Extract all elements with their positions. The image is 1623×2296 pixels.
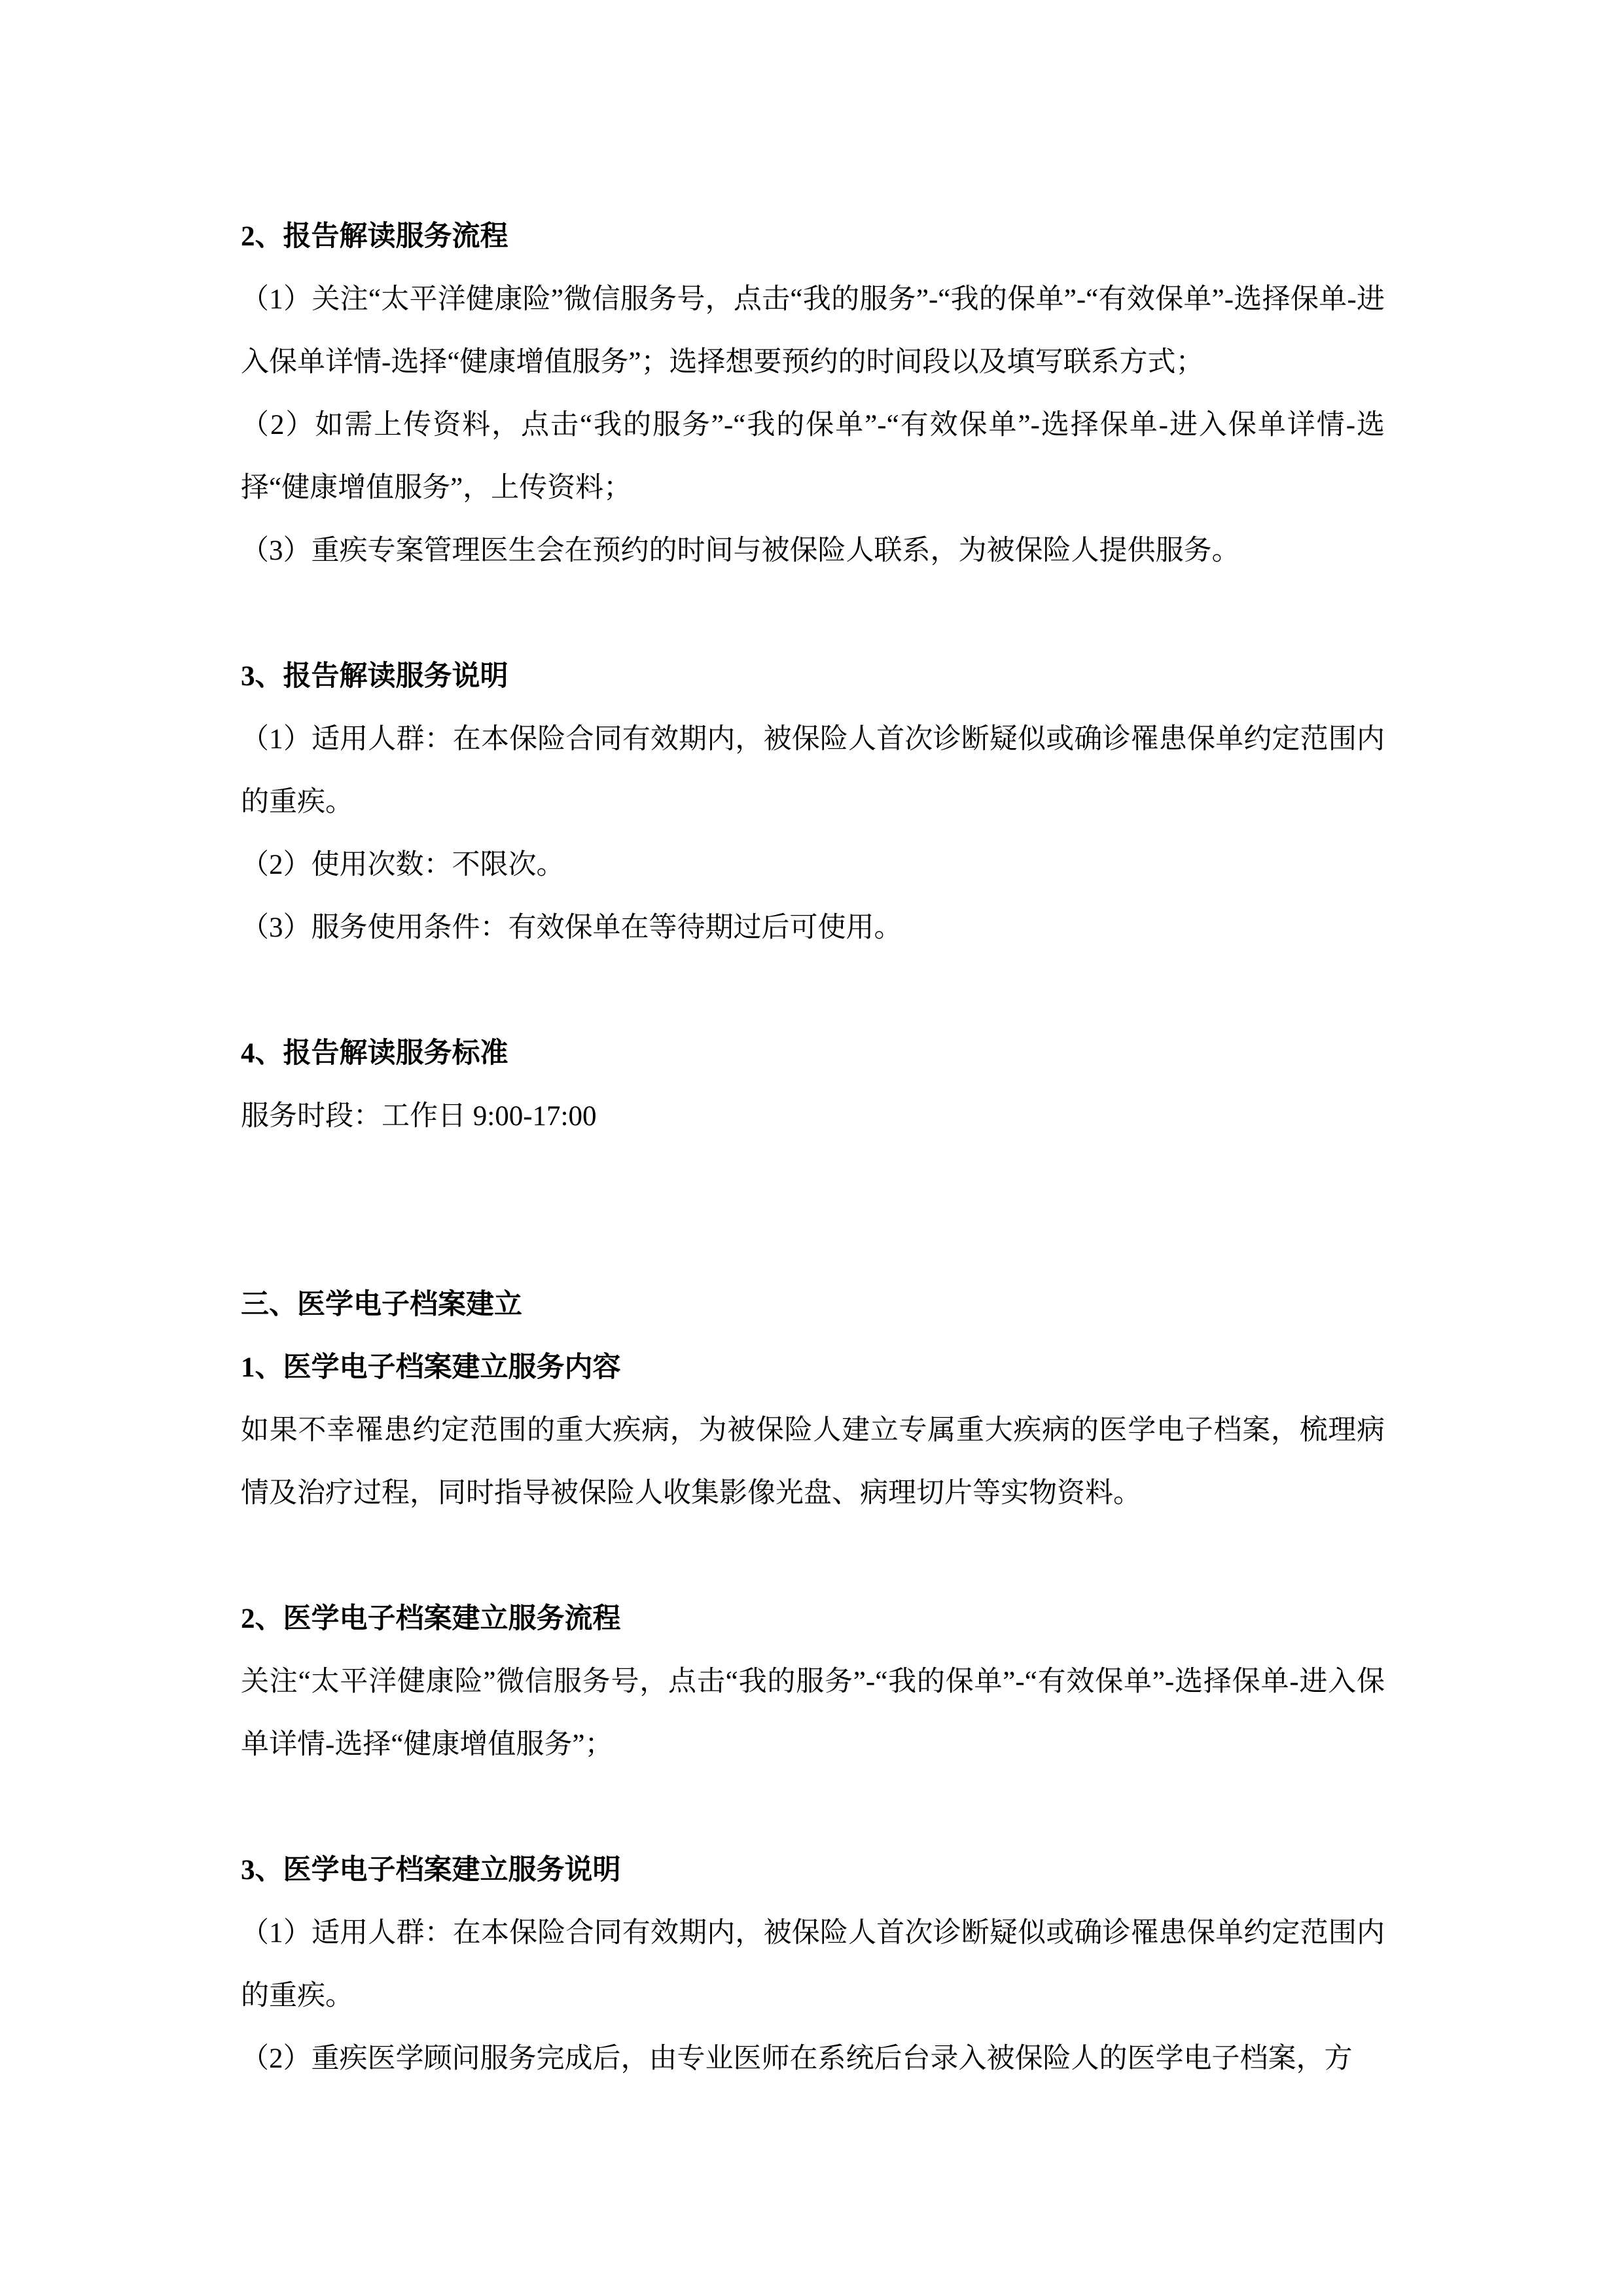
section-heading: 1、医学电子档案建立服务内容 — [241, 1336, 1385, 1399]
section-heading: 3、医学电子档案建立服务说明 — [241, 1839, 1385, 1902]
section-heading: 4、报告解读服务标准 — [241, 1022, 1385, 1085]
section-heading: 2、医学电子档案建立服务流程 — [241, 1588, 1385, 1651]
body-paragraph: 关注“太平洋健康险”微信服务号，点击“我的服务”-“我的保单”-“有效保单”-选… — [241, 1651, 1385, 1776]
body-paragraph: 如果不幸罹患约定范围的重大疾病，为被保险人建立专属重大疾病的医学电子档案，梳理病… — [241, 1399, 1385, 1525]
body-paragraph: （3）服务使用条件：有效保单在等待期过后可使用。 — [241, 897, 1385, 960]
body-paragraph: （2）使用次数：不限次。 — [241, 834, 1385, 897]
body-paragraph: （1）关注“太平洋健康险”微信服务号，点击“我的服务”-“我的保单”-“有效保单… — [241, 268, 1385, 394]
section-heading: 3、报告解读服务说明 — [241, 645, 1385, 708]
body-paragraph: （2）重疾医学顾问服务完成后，由专业医师在系统后台录入被保险人的医学电子档案，方 — [241, 2028, 1385, 2090]
body-paragraph: 服务时段：工作日 9:00-17:00 — [241, 1085, 1385, 1148]
body-paragraph: （1）适用人群：在本保险合同有效期内，被保险人首次诊断疑似或确诊罹患保单约定范围… — [241, 708, 1385, 834]
document-page: 2、报告解读服务流程（1）关注“太平洋健康险”微信服务号，点击“我的服务”-“我… — [0, 0, 1623, 2296]
section-heading: 2、报告解读服务流程 — [241, 206, 1385, 268]
body-paragraph: （3）重疾专案管理医生会在预约的时间与被保险人联系，为被保险人提供服务。 — [241, 520, 1385, 583]
body-paragraph: （1）适用人群：在本保险合同有效期内，被保险人首次诊断疑似或确诊罹患保单约定范围… — [241, 1902, 1385, 2028]
body-paragraph: （2）如需上传资料，点击“我的服务”-“我的保单”-“有效保单”-选择保单-进入… — [241, 394, 1385, 520]
section-heading: 三、医学电子档案建立 — [241, 1274, 1385, 1336]
document-content: 2、报告解读服务流程（1）关注“太平洋健康险”微信服务号，点击“我的服务”-“我… — [241, 206, 1385, 2090]
